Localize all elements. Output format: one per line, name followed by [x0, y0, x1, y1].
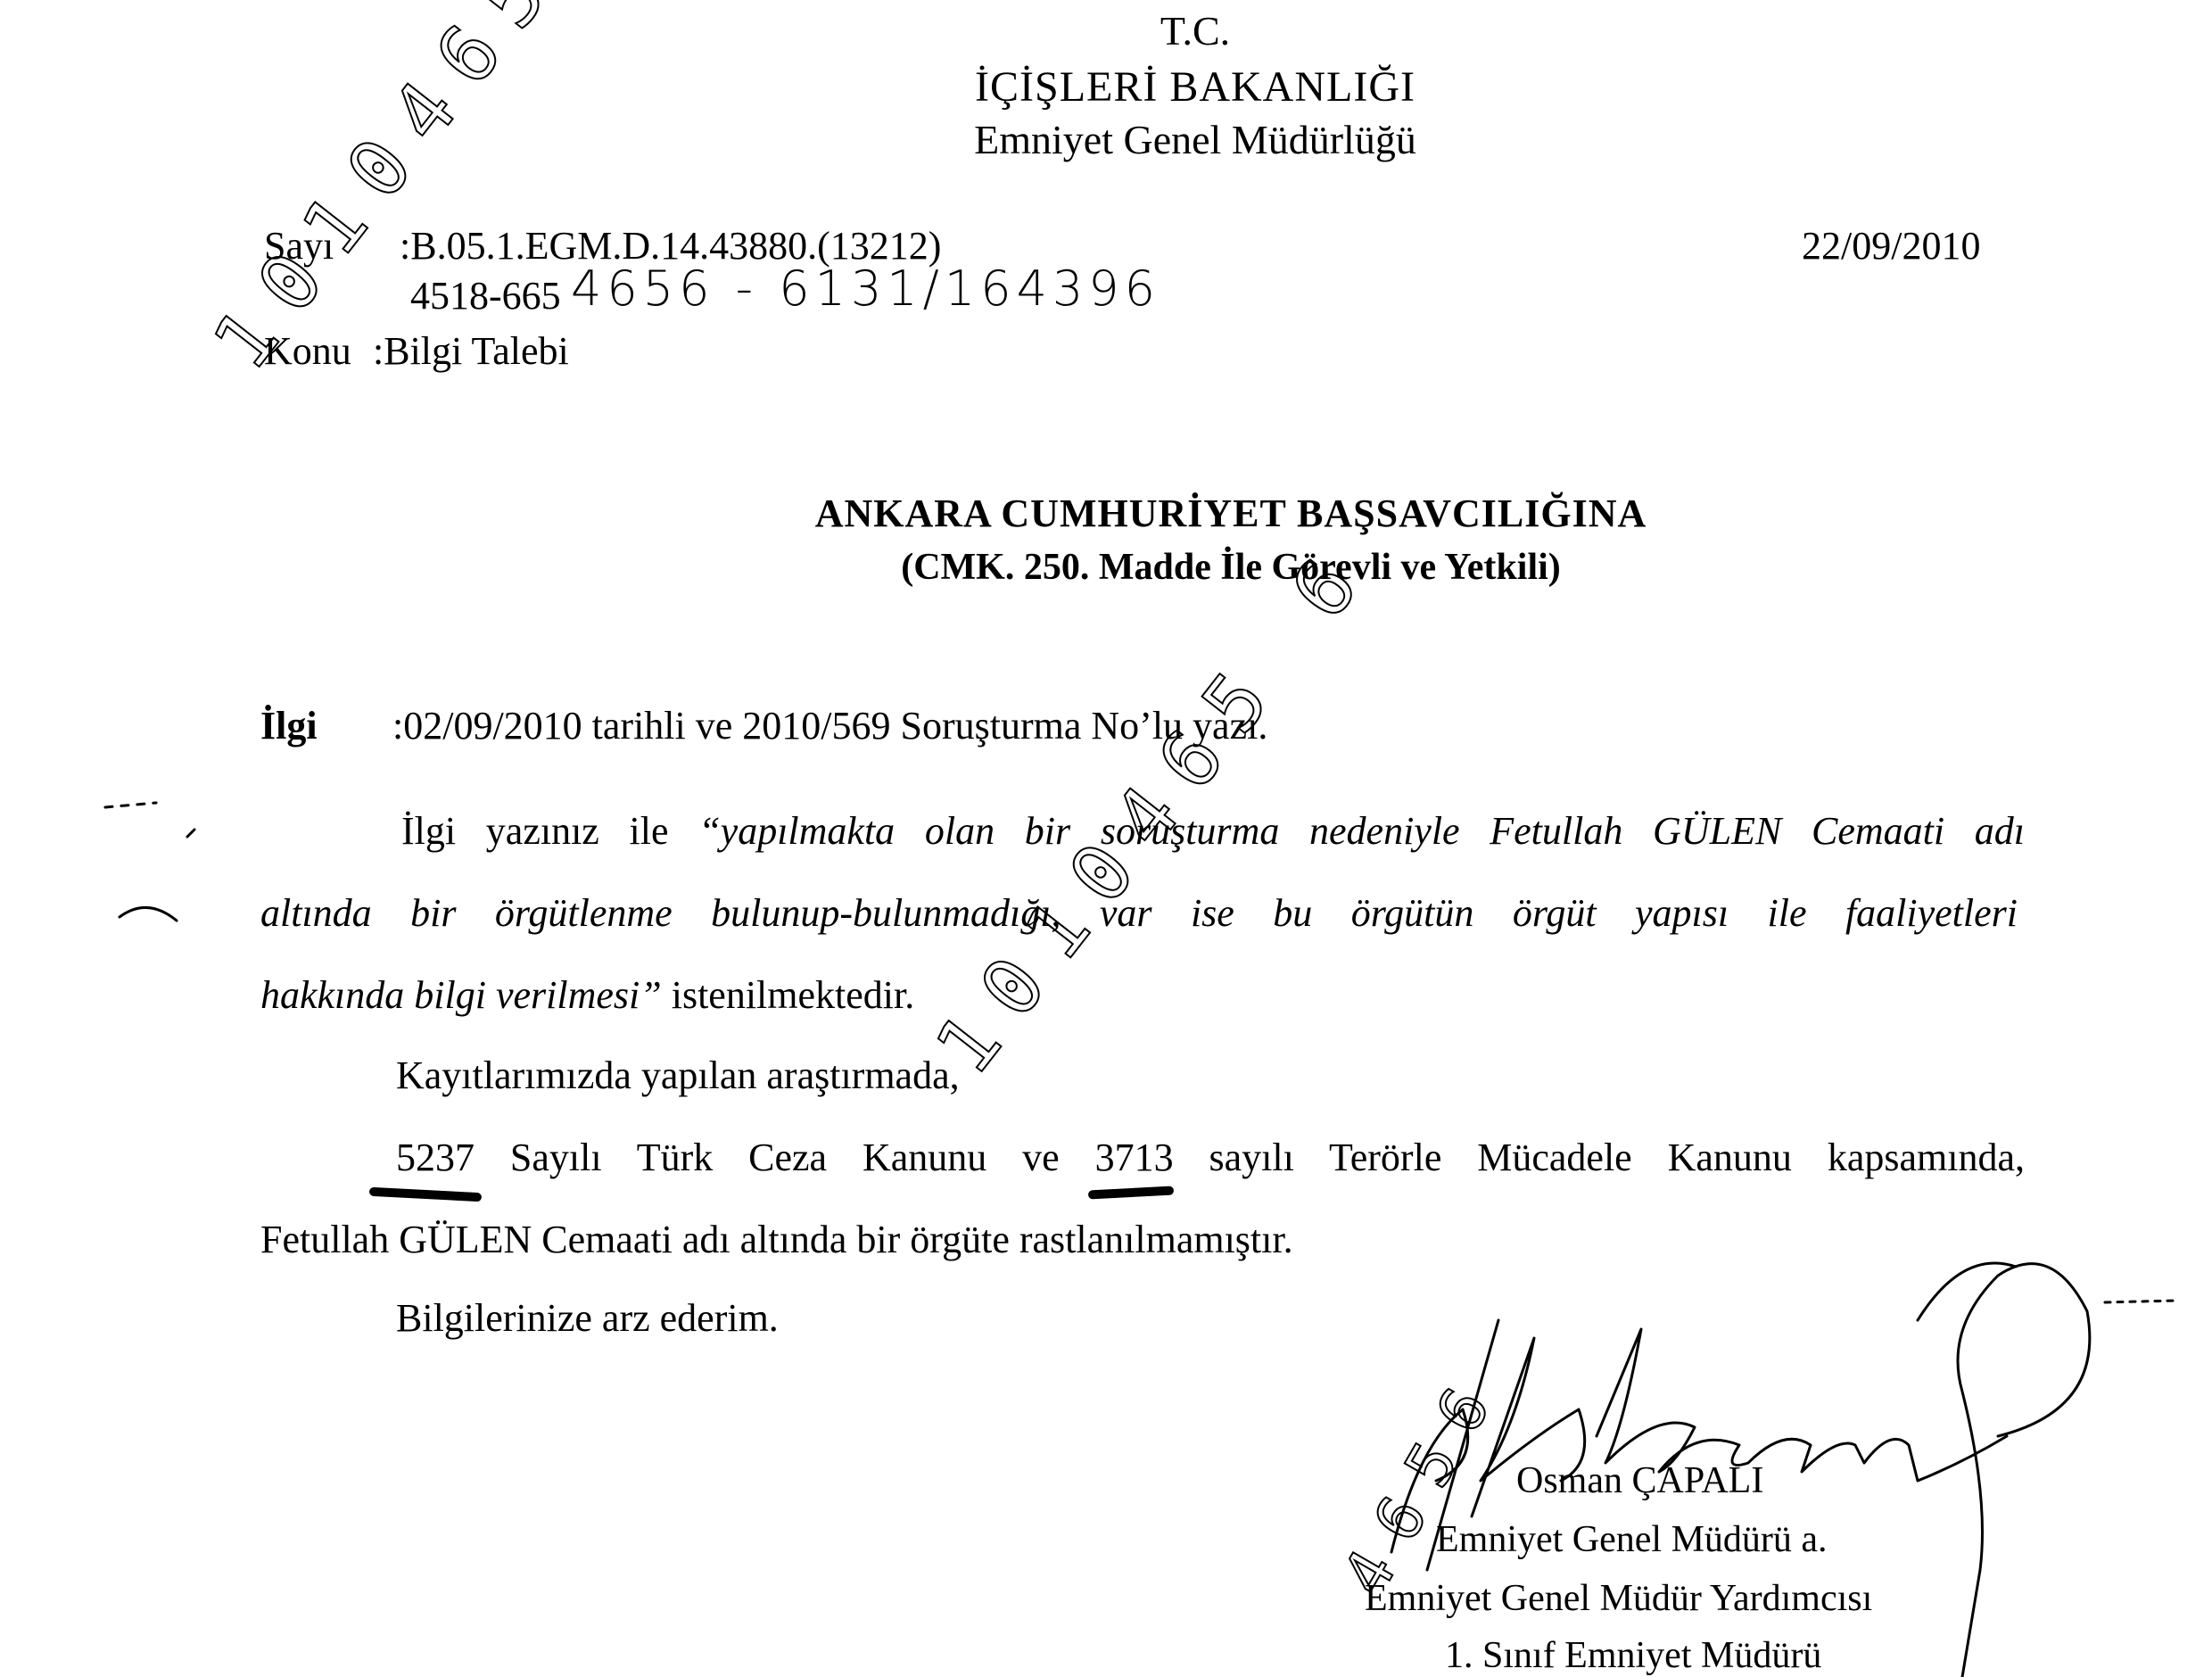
paragraph-1-line3: hakkında bilgi verilmesi” istenilmektedi…: [260, 972, 914, 1018]
closing-line: Bilgilerinize arz ederim.: [396, 1295, 779, 1341]
law-number-5237: 5237: [396, 1136, 475, 1179]
paragraph-3-end: sayılı Terörle Mücadele Kanunu kapsamınd…: [1174, 1136, 2025, 1179]
registry-stamp-lower: 1010465 6: [918, 522, 1391, 1091]
paragraph-2: Kayıtlarımızda yapılan araştırmada,: [396, 1053, 960, 1098]
sayi-line2-typed: 4518-665: [410, 273, 561, 318]
reference-value: :02/09/2010 tarihli ve 2010/569 Soruştur…: [392, 703, 1267, 748]
paragraph-1-quote-line3: hakkında bilgi verilmesi”: [260, 973, 662, 1017]
document-date: 22/09/2010: [1802, 223, 1980, 268]
paragraph-1-lead: İlgi yazınız ile: [401, 809, 698, 853]
signatory-title-3: 1. Sınıf Emniyet Müdürü: [1445, 1634, 1821, 1677]
paragraph-1-tail: istenilmektedir.: [662, 973, 915, 1017]
paragraph-1-quote-line1: “yapılmakta olan bir soruşturma nedeniyl…: [698, 809, 2025, 853]
paragraph-1-line1: İlgi yazınız ile “yapılmakta olan bir so…: [401, 808, 2025, 854]
signatory-title-1: Emniyet Genel Müdürü a.: [1436, 1518, 1828, 1561]
paragraph-3-line1: 5237 Sayılı Türk Ceza Kanunu ve 3713 say…: [396, 1135, 2025, 1180]
signatory-name: Osman ÇAPALI: [1516, 1459, 1763, 1502]
sayi-line2-handwritten: 4656 - 6131/164396: [571, 260, 1160, 317]
registry-stamp-signature: 4656: [1328, 1354, 1516, 1607]
letterhead-state: T.C.: [89, 7, 2212, 54]
signatory-title-2: Emniyet Genel Müdür Yardımcısı: [1365, 1577, 1872, 1620]
paragraph-3-mid: Sayılı Türk Ceza Kanunu ve: [475, 1136, 1095, 1179]
paragraph-3-line2: Fetullah GÜLEN Cemaati adı altında bir ö…: [260, 1217, 1293, 1262]
law-number-3713: 3713: [1095, 1136, 1174, 1179]
konu-value: :Bilgi Talebi: [373, 328, 569, 374]
addressee-line1: ANKARA CUMHURİYET BAŞSAVCILIĞINA: [125, 491, 2212, 536]
reference-label: İlgi: [260, 703, 318, 748]
addressee-line2: (CMK. 250. Madde İle Görevli ve Yetkili): [125, 546, 2212, 589]
